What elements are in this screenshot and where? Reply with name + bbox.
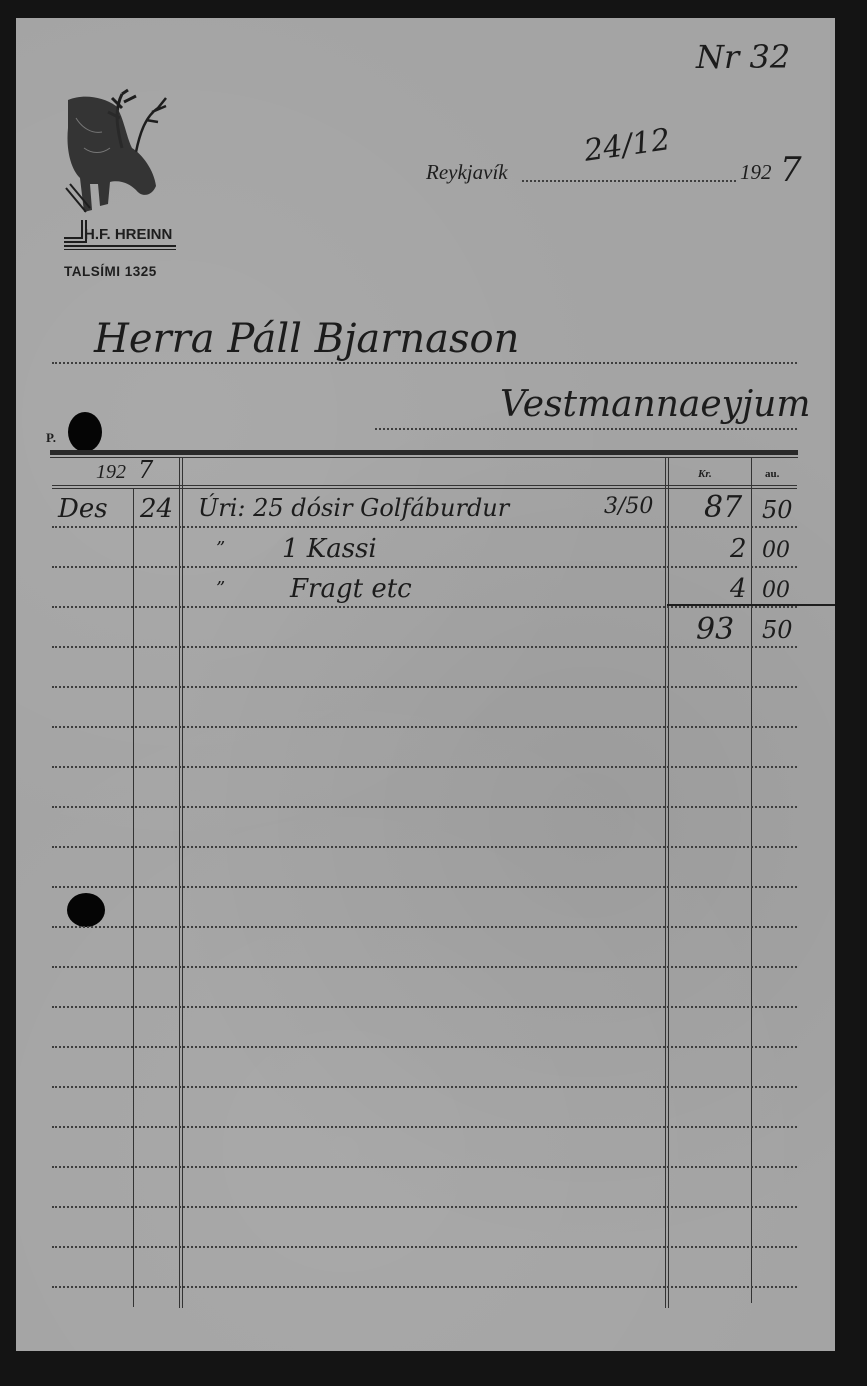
row-kr: 4 (730, 574, 747, 604)
row-kr: 2 (730, 534, 747, 564)
recipient-location: Vestmannaeyjum (500, 384, 811, 425)
letterhead-logo: H.F. HREINN TALSÍMI 1325 (62, 88, 178, 288)
col-rule-kr-au (751, 458, 752, 1303)
row-unit-price: 3/50 (604, 494, 653, 519)
row-month: Des (58, 494, 108, 524)
sum-underline (667, 604, 835, 606)
header-year-suffix: 7 (138, 456, 153, 484)
prefix-label: P. (46, 430, 56, 446)
row-day: 24 (140, 494, 173, 524)
row-au: 00 (762, 538, 790, 563)
header-kr: Kr. (698, 468, 712, 480)
row-description: Fragt etc (290, 574, 412, 604)
col-rule-desc-kr-1 (665, 458, 666, 1308)
col-rule-day-desc-1 (179, 458, 180, 1308)
header-bottom-rule-2 (52, 488, 797, 489)
company-name: H.F. HREINN (84, 226, 172, 243)
col-rule-month-day (133, 489, 134, 1307)
row-ditto: ” (216, 578, 225, 599)
row-kr: 87 (704, 490, 742, 525)
header-au: au. (765, 468, 779, 480)
row-description: 1 Kassi (282, 534, 377, 564)
row-au: 00 (762, 578, 790, 603)
row-ditto: ” (216, 538, 225, 559)
recipient-name: Herra Páll Bjarnason (94, 316, 519, 362)
row-au: 50 (762, 496, 793, 524)
total-au: 50 (762, 616, 793, 644)
location-dotted-line (375, 428, 797, 430)
year-suffix: 7 (780, 150, 802, 190)
reindeer-icon (62, 88, 178, 218)
table-top-thick-rule (50, 450, 798, 455)
header-year-prefix: 192 (96, 461, 126, 484)
punch-hole-bottom (67, 893, 105, 927)
col-rule-desc-kr-2 (668, 458, 669, 1308)
phone-label: TALSÍMI 1325 (64, 264, 157, 279)
invoice-number: Nr 32 (696, 38, 790, 76)
table-top-thin-rule (50, 457, 798, 458)
total-kr: 93 (696, 612, 734, 647)
city-label: Reykjavík (426, 160, 508, 185)
recipient-dotted-line (52, 362, 797, 364)
row-description: Úri: 25 dósir Golfáburdur (198, 494, 509, 522)
header-bottom-rule-1 (52, 485, 797, 486)
col-rule-day-desc-2 (182, 458, 183, 1308)
date-dotted-line (522, 180, 736, 182)
year-prefix: 192 (740, 160, 772, 185)
punch-hole-top (68, 412, 102, 452)
